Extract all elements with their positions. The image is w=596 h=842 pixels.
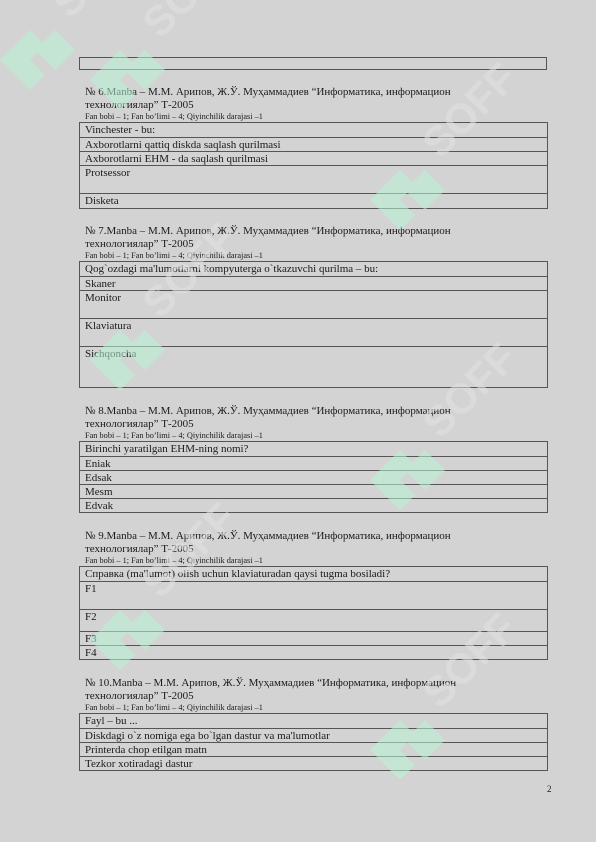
question-source: № 7.Manba – М.М. Арипов, Ж.Ў. Муҳаммадие… [79, 225, 548, 251]
question-source: № 8.Manba – М.М. Арипов, Ж.Ў. Муҳаммадие… [79, 405, 548, 431]
question-prompt: Fayl – bu ... [80, 714, 548, 729]
answer-option: Printerda chop etilgan matn [80, 743, 548, 757]
question-prompt: Vinchester - bu: [80, 123, 548, 138]
question-meta: Fan bobi – 1; Fan bo’limi – 4; Qiyinchil… [79, 251, 548, 261]
answer-option: F1 [80, 582, 548, 610]
question-meta: Fan bobi – 1; Fan bo’limi – 4; Qiyinchil… [79, 556, 548, 566]
answer-option: Mesm [80, 485, 548, 499]
answer-option: F4 [80, 646, 548, 660]
question-source: № 10.Manba – М.М. Арипов, Ж.Ў. Муҳаммади… [79, 677, 548, 703]
answer-option: Protsessor [80, 166, 548, 194]
question-table: Справка (ma'lumot) olish uchun klaviatur… [79, 566, 548, 660]
answer-option: Edvak [80, 499, 548, 513]
question-meta: Fan bobi – 1; Fan bo’limi – 4; Qiyinchil… [79, 703, 548, 713]
answer-option: Diskdagi o`z nomiga ega bo`lgan dastur v… [80, 729, 548, 743]
question-prompt: Qog`ozdagi ma'lumotlarni kompyuterga o`t… [80, 262, 548, 277]
answer-option: Axborotlarni qattiq diskda saqlash quril… [80, 138, 548, 152]
answer-option: Sichqoncha [80, 347, 548, 388]
question-table: Fayl – bu ... Diskdagi o`z nomiga ega bo… [79, 713, 548, 771]
question-table: Vinchester - bu: Axborotlarni qattiq dis… [79, 122, 548, 209]
answer-option: F3 [80, 632, 548, 646]
answer-option: Eniak [80, 457, 548, 471]
question-10: № 10.Manba – М.М. Арипов, Ж.Ў. Муҳаммади… [79, 677, 548, 771]
answer-option: Axborotlarni EHM - da saqlash qurilmasi [80, 152, 548, 166]
page-number: 2 [547, 784, 552, 794]
question-source: № 6.Manba – М.М. Арипов, Ж.Ў. Муҳаммадие… [79, 86, 548, 112]
question-prompt: Birinchi yaratilgan EHM-ning nomi? [80, 442, 548, 457]
answer-option: Tezkor xotiradagi dastur [80, 757, 548, 771]
answer-option: F2 [80, 610, 548, 632]
question-source: № 9.Manba – М.М. Арипов, Ж.Ў. Муҳаммадие… [79, 530, 548, 556]
answer-option: Edsak [80, 471, 548, 485]
question-table: Birinchi yaratilgan EHM-ning nomi? Eniak… [79, 441, 548, 513]
question-table: Qog`ozdagi ma'lumotlarni kompyuterga o`t… [79, 261, 548, 388]
previous-table-end [79, 57, 547, 70]
answer-option: Skaner [80, 277, 548, 291]
question-9: № 9.Manba – М.М. Арипов, Ж.Ў. Муҳаммадие… [79, 530, 548, 660]
question-meta: Fan bobi – 1; Fan bo’limi – 4; Qiyinchil… [79, 431, 548, 441]
document-page: № 6.Manba – М.М. Арипов, Ж.Ў. Муҳаммадие… [0, 0, 596, 842]
question-prompt: Справка (ma'lumot) olish uchun klaviatur… [80, 567, 548, 582]
answer-option: Disketa [80, 194, 548, 209]
question-meta: Fan bobi – 1; Fan bo’limi – 4; Qiyinchil… [79, 112, 548, 122]
question-7: № 7.Manba – М.М. Арипов, Ж.Ў. Муҳаммадие… [79, 225, 548, 388]
question-8: № 8.Manba – М.М. Арипов, Ж.Ў. Муҳаммадие… [79, 405, 548, 513]
answer-option: Klaviatura [80, 319, 548, 347]
question-6: № 6.Manba – М.М. Арипов, Ж.Ў. Муҳаммадие… [79, 86, 548, 209]
answer-option: Monitor [80, 291, 548, 319]
svg-text:SOFF: SOFF [43, 0, 155, 26]
